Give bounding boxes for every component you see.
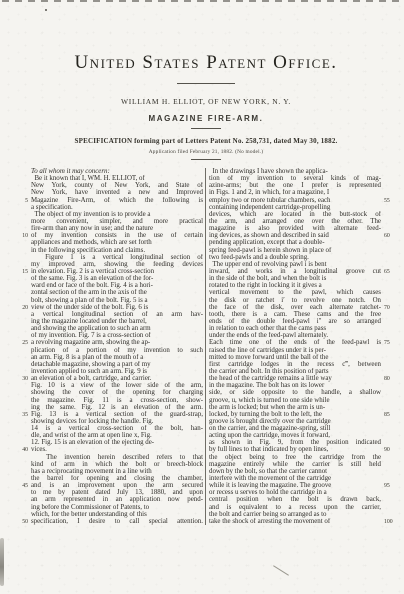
text-line-content: ing the magazine located under the barre… [31,318,203,325]
text-line: as shown in Fig. 9, from the position in… [209,439,396,446]
text-line-content: more convenient, simpler, and more pract… [31,218,203,225]
text-line: invention applied to such an arm. Fig. 9… [16,368,203,375]
text-line-content: the bolt and carrier being so arranged a… [209,511,381,518]
text-line-content: raised the line of cartridges under it i… [209,347,381,354]
text-line: the carrier and bolt. In this position o… [209,368,396,375]
specification-body: To all whom it may concern: Be it known … [16,168,396,525]
text-line-content: New York, county of New York, and State … [31,182,203,189]
text-line: interfere with the movement of the cartr… [209,475,396,482]
text-line-content: fire-arm than any now in use; and the na… [31,225,203,232]
text-line-content: as shown in Fig. 9, from the position in… [209,439,381,446]
line-number: 20 [16,305,31,311]
text-line-content: New York, have invented a new and Improv… [31,189,203,196]
text-line: while it is leaving the magazine. The gr… [209,482,396,489]
text-line-content: and showing the application to such an a… [31,325,203,332]
text-line: Figure 1 is a vertical longitudinal sect… [16,254,203,261]
application-filed-line: Application filed February 21, 1882. (No… [16,149,396,155]
text-line: Each time one of the ends of the feed-pa… [209,339,396,346]
text-line: ing the same. Fig. 12 is an elevation of… [16,404,203,411]
text-line: locked, by turning the bolt to the left,… [209,411,396,418]
text-line-content: and is an improvement upon the arm secur… [31,482,203,489]
text-line: 40vices. [16,446,203,453]
text-line-content: invention applied to such an arm. Fig. 9… [31,368,203,375]
text-line: a specification. [16,204,203,211]
text-line-content: The object of my invention is to provide… [31,211,203,218]
text-line-content: the arm is locked; but when the arm is u… [209,404,381,411]
text-line-content: azine-arms; but the one I prefer is repr… [209,182,381,189]
text-line-content: locked, by turning the bolt to the left,… [209,411,381,418]
text-line-content: vices. [31,446,203,453]
text-line-content: magazine entirely while the carrier is s… [209,461,381,468]
text-line: containing independent cartridge-propell… [209,204,396,211]
text-line: 15in elevation. Fig. 2 is a vertical cro… [16,268,203,275]
text-line: down by the bolt, so that the carrier ca… [209,468,396,475]
text-line: the disk or ratchet i′ to revolve one no… [209,297,396,304]
text-line: the object being to free the cartridge f… [209,454,396,461]
invention-title: MAGAZINE FIRE-ARM. [16,114,396,123]
text-line: To all whom it may concern: [16,168,203,175]
right-column: In the drawings I have shown the applica… [205,168,396,525]
line-number: 15 [16,269,31,275]
text-line: magazine entirely while the carrier is s… [209,461,396,468]
text-line-content: down by the bolt, so that the carrier ca… [209,468,381,475]
text-line: or recess u serves to hold the cartridge… [209,489,396,496]
text-line-content: containing independent cartridge-propell… [209,204,381,211]
text-line: showing the cover of the opening for cha… [16,389,203,396]
text-line-content: acting upon the cartridge, moves it forw… [209,432,381,439]
text-line-content: in elevation. Fig. 2 is a vertical cross… [31,268,203,275]
text-line-content: the arm, and arranged one over the other… [209,218,381,225]
text-line-content: inward, and works in a longitudinal groo… [209,268,381,275]
line-number: 90 [381,447,396,453]
text-line: first cartridge lodges in the recess c‴,… [209,361,396,368]
text-line: to me by patent dated July 13, 1880, and… [16,489,203,496]
text-line-content: 12. Fig. 15 is an elevation of the eject… [31,439,203,446]
line-number: 95 [381,483,396,489]
text-line: azine-arms; but the one I prefer is repr… [209,182,396,189]
text-line: the magazine. Fig. 11 is a cross-section… [16,397,203,404]
line-number: 55 [381,198,396,204]
text-line-content: Be it known that I, WM. H. ELLIOT, of [31,175,203,182]
text-line-content: while it is leaving the magazine. The gr… [209,482,381,489]
line-number: 10 [16,233,31,239]
text-line: the arm is locked; but when the arm is u… [209,404,396,411]
text-line-content: zontal section of the arm in the axis of… [31,289,203,296]
text-line-content: of the same. Fig. 3 is an elevation of t… [31,275,203,282]
text-line: 35Fig. 13 is a vertical section of the g… [16,411,203,418]
text-line: inward, and works in a longitudinal groo… [209,268,396,275]
line-number: 70 [381,305,396,311]
text-line: The upper end of revolving pawl i is ben… [209,261,396,268]
text-line: on the carrier, and the magazine-spring,… [209,425,396,432]
text-line-content: ing devices, as shown and described in s… [209,232,381,239]
text-line: which, for the better understanding of t… [16,511,203,518]
text-line-content: 14 is a vertical cross-section of the bo… [31,425,203,432]
line-number: 50 [16,519,31,525]
text-line-content: my improved arm, showing the feeding dev… [31,261,203,268]
text-line: ing before the Commissioner of Patents, … [16,504,203,511]
text-line: of the same. Fig. 3 is an elevation of t… [16,275,203,282]
text-line-content: of my invention. Fig. 7 is a cross-secti… [31,332,203,339]
text-line-content: the object being to free the cartridge f… [209,454,381,461]
text-line-content: the magazine. Fig. 11 is a cross-section… [31,397,203,404]
line-number: 100 [381,519,396,525]
text-line: kind of arm in which the bolt or breech-… [16,461,203,468]
text-line-content: an arm. Fig. 8 is a plan of the mouth of… [31,354,203,361]
text-line-content: the face of the disk, over each alternat… [209,304,381,311]
text-line-content: the carrier and bolt. In this position o… [209,368,381,375]
text-line-content: the disk or ratchet i′ to revolve one no… [209,297,381,304]
text-line: and is equivalent to a recess upon the c… [209,504,396,511]
text-line-content: in relation to each other that the cams … [209,325,381,332]
text-line: zontal section of the arm in the axis of… [16,289,203,296]
text-line-content: of my invention consists in the use of c… [31,232,203,239]
line-number: 60 [381,233,396,239]
text-line-content: and is equivalent to a recess upon the c… [209,504,381,511]
text-line: the arm, and arranged one over the other… [209,218,396,225]
text-line-content: has a reciprocating movement in a line w… [31,468,203,475]
text-line: groove is brought directly over the cart… [209,418,396,425]
text-line-content: groove, u, which is turned to one side w… [209,397,381,404]
text-line-content: dle, and wrist of the arm at open line x… [31,432,203,439]
text-line-content: appliances and methods, which are set fo… [31,239,203,246]
text-line: 5Magazine Fire-Arm, of which the followi… [16,197,203,204]
text-line-content: a specification. [31,204,203,211]
text-line-content: view of the under side of the bolt. Fig.… [31,304,203,311]
line-number: 85 [381,412,396,418]
text-line: ing devices, as shown and described in s… [209,232,396,239]
text-line: in the following specification and claim… [16,247,203,254]
text-line-content: interfere with the movement of the cartr… [209,475,381,482]
inventor-line: WILLIAM H. ELLIOT, OF NEW YORK, N. Y. [16,97,396,106]
text-line: plication of a portion of my invention t… [16,347,203,354]
text-line-content: which, for the better understanding of t… [31,511,203,518]
text-line-content: to me by patent dated July 13, 1880, and… [31,489,203,496]
text-line: the bolt and carrier being so arranged a… [209,511,396,518]
text-line-content: devices, which are located in the butt-s… [209,211,381,218]
text-line-content: The invention herein described refers to… [31,454,203,461]
text-line-content: tooth, there is a cam. These cams and th… [209,311,381,318]
text-line: New York, have invented a new and Improv… [16,189,203,196]
text-line-content: kind of arm in which the bolt or breech-… [31,461,203,468]
text-line: showing devices for locking the handle. … [16,418,203,425]
text-line-content: by full lines to that indicated by open … [209,446,381,453]
text-line: tooth, there is a cam. These cams and th… [209,311,396,318]
text-line-content: in the side of the bolt, and when the bo… [209,275,381,282]
text-line: magazine is also provided with alternate… [209,225,396,232]
text-line-content: pending application, except that a doubl… [209,239,381,246]
text-line-content: The upper end of revolving pawl i is ben… [209,261,381,268]
text-line-content: plication of a portion of my invention t… [31,347,203,354]
text-line: ing the magazine located under the barre… [16,318,203,325]
text-line: appliances and methods, which are set fo… [16,239,203,246]
text-line-content: In the drawings I have shown the applica… [209,168,381,175]
text-line: the barrel for opening and closing the c… [16,475,203,482]
text-line-content: an elevation of a bolt, cartridge, and c… [31,375,203,382]
line-number: 5 [16,198,31,204]
text-line: tion of my invention to several kinds of… [209,175,396,182]
text-line-content: Each time one of the ends of the feed-pa… [209,339,381,346]
text-line-content: central position when the bolt is drawn … [209,496,381,503]
text-line: pending application, except that a doubl… [209,239,396,246]
text-line-content: ing before the Commissioner of Patents, … [31,504,203,511]
text-line: under the ends of the feed-pawl alternat… [209,332,396,339]
text-line-content: the head of the cartridge remains a litt… [209,375,381,382]
patent-page: United States Patent Office. WILLIAM H. … [0,0,404,594]
text-line: ends of the double feed-pawl i″ are so a… [209,318,396,325]
text-line: the head of the cartridge remains a litt… [209,375,396,382]
page-title: United States Patent Office. [16,52,396,74]
text-line-content: Figure 1 is a vertical longitudinal sect… [31,254,203,261]
line-number: 35 [16,412,31,418]
scan-artifact-smudge [0,538,4,586]
line-number: 45 [16,483,31,489]
text-line-content: in the following specification and claim… [31,247,203,254]
text-line: The object of my invention is to provide… [16,211,203,218]
text-line: Be it known that I, WM. H. ELLIOT, of [16,175,203,182]
left-column: To all whom it may concern: Be it known … [16,168,203,525]
text-line-content: groove is brought directly over the cart… [209,418,381,425]
text-line: 30an elevation of a bolt, cartridge, and… [16,375,203,382]
text-line-content: mitted to move forward until the ball of… [209,354,381,361]
text-line: acting upon the cartridge, moves it forw… [209,432,396,439]
text-line: Fig. 10 is a view of the lower side of t… [16,382,203,389]
text-line: groove, u, which is turned to one side w… [209,397,396,404]
text-line-content: on the carrier, and the magazine-spring,… [209,425,381,432]
text-line-content: a revolving magazine arm, showing the ap… [31,339,203,346]
text-line: more convenient, simpler, and more pract… [16,218,203,225]
line-number: 80 [381,376,396,382]
line-number: 40 [16,447,31,453]
text-line-content: an arm represented in an application now… [31,496,203,503]
text-line: a vertical longitudinal section of an ar… [16,311,203,318]
text-line-content: Fig. 10 is a view of the lower side of t… [31,382,203,389]
text-line-content: vertical movement to the pawl, which cau… [209,289,381,296]
text-line: an arm represented in an application now… [16,496,203,503]
text-line: employ two or more tubular chambers, eac… [209,197,396,204]
text-line-content: To all whom it may concern: [31,168,203,175]
text-line: 50specification, I desire to call specia… [16,518,203,525]
text-line-content: Fig. 13 is a vertical section of the gua… [31,411,203,418]
text-line: ward end or face of the bolt. Fig. 4 is … [16,282,203,289]
text-line: and showing the application to such an a… [16,325,203,332]
text-line: rotated to the right in locking it it gi… [209,282,396,289]
text-line-content: the barrel for opening and closing the c… [31,475,203,482]
text-line-content: side, or side opposite to the handle, a … [209,389,381,396]
text-line-content: detachable magazine, showing a part of m… [31,361,203,368]
text-line-content: tion of my invention to several kinds of… [209,175,381,182]
text-line: by full lines to that indicated by open … [209,446,396,453]
text-line: mitted to move forward until the ball of… [209,354,396,361]
text-line-content: showing devices for locking the handle. … [31,418,203,425]
text-line: In the drawings I have shown the applica… [209,168,396,175]
text-line: 45and is an improvement upon the arm sec… [16,482,203,489]
text-line: detachable magazine, showing a part of m… [16,361,203,368]
line-number: 25 [16,340,31,346]
header-divider [177,83,235,84]
text-line: 20view of the under side of the bolt. Fi… [16,304,203,311]
text-line: devices, which are located in the butt-s… [209,211,396,218]
text-line: side, or side opposite to the handle, a … [209,389,396,396]
text-line: 25a revolving magazine arm, showing the … [16,339,203,346]
text-line: 12. Fig. 15 is an elevation of the eject… [16,439,203,446]
line-number: 65 [381,269,396,275]
text-line: in relation to each other that the cams … [209,325,396,332]
text-line: 14 is a vertical cross-section of the bo… [16,425,203,432]
text-line-content: ward end or face of the bolt. Fig. 4 is … [31,282,203,289]
text-line-content: two feed-pawls and a double spring. [209,254,381,261]
text-line: take the shock of arresting the movement… [209,518,396,525]
text-line: has a reciprocating movement in a line w… [16,468,203,475]
text-line-content: in the magazine. The bolt has on its low… [209,382,381,389]
text-line-content: bolt, showing a plan of the bolt. Fig. 5… [31,297,203,304]
text-line: in Figs. 1 and 2, in which, for a magazi… [209,189,396,196]
text-line-content: take the shock of arresting the movement… [209,518,381,525]
text-line: dle, and wrist of the arm at open line x… [16,432,203,439]
text-line-content: magazine is also provided with alternate… [209,225,381,232]
line-number: 30 [16,376,31,382]
line-number: 75 [381,340,396,346]
text-line-content: rotated to the right in locking it it gi… [209,282,381,289]
text-line: of my invention. Fig. 7 is a cross-secti… [16,332,203,339]
text-line: New York, county of New York, and State … [16,182,203,189]
text-line-content: or recess u serves to hold the cartridge… [209,489,381,496]
title-divider [191,128,221,129]
specification-line: SPECIFICATION forming part of Letters Pa… [16,137,396,145]
specification-divider [191,159,221,160]
text-line: central position when the bolt is drawn … [209,496,396,503]
text-line-content: first cartridge lodges in the recess c‴,… [209,361,381,368]
scanned-patent-page: { "page": { "office_title": "United Stat… [0,0,404,594]
text-line: fire-arm than any now in use; and the na… [16,225,203,232]
text-line: two feed-pawls and a double spring. [209,254,396,261]
text-line: The invention herein described refers to… [16,454,203,461]
text-line: bolt, showing a plan of the bolt. Fig. 5… [16,297,203,304]
text-line: in the magazine. The bolt has on its low… [209,382,396,389]
text-line-content: a vertical longitudinal section of an ar… [31,311,203,318]
text-line: 10of my invention consists in the use of… [16,232,203,239]
text-line: vertical movement to the pawl, which cau… [209,289,396,296]
text-line-content: ing the same. Fig. 12 is an elevation of… [31,404,203,411]
text-line: raised the line of cartridges under it i… [209,347,396,354]
text-line-content: specification, I desire to call special … [31,518,203,525]
text-line-content: employ two or more tubular chambers, eac… [209,197,381,204]
text-line: the face of the disk, over each alternat… [209,304,396,311]
text-line: spring feed-pawl is herein shown in plac… [209,247,396,254]
text-line-content: Magazine Fire-Arm, of which the followin… [31,197,203,204]
text-line-content: showing the cover of the opening for cha… [31,389,203,396]
text-line: in the side of the bolt, and when the bo… [209,275,396,282]
text-line-content: in Figs. 1 and 2, in which, for a magazi… [209,189,381,196]
text-line: an arm. Fig. 8 is a plan of the mouth of… [16,354,203,361]
text-line-content: ends of the double feed-pawl i″ are so a… [209,318,381,325]
text-line-content: under the ends of the feed-pawl alternat… [209,332,381,339]
text-line-content: spring feed-pawl is herein shown in plac… [209,247,381,254]
text-line: my improved arm, showing the feeding dev… [16,261,203,268]
